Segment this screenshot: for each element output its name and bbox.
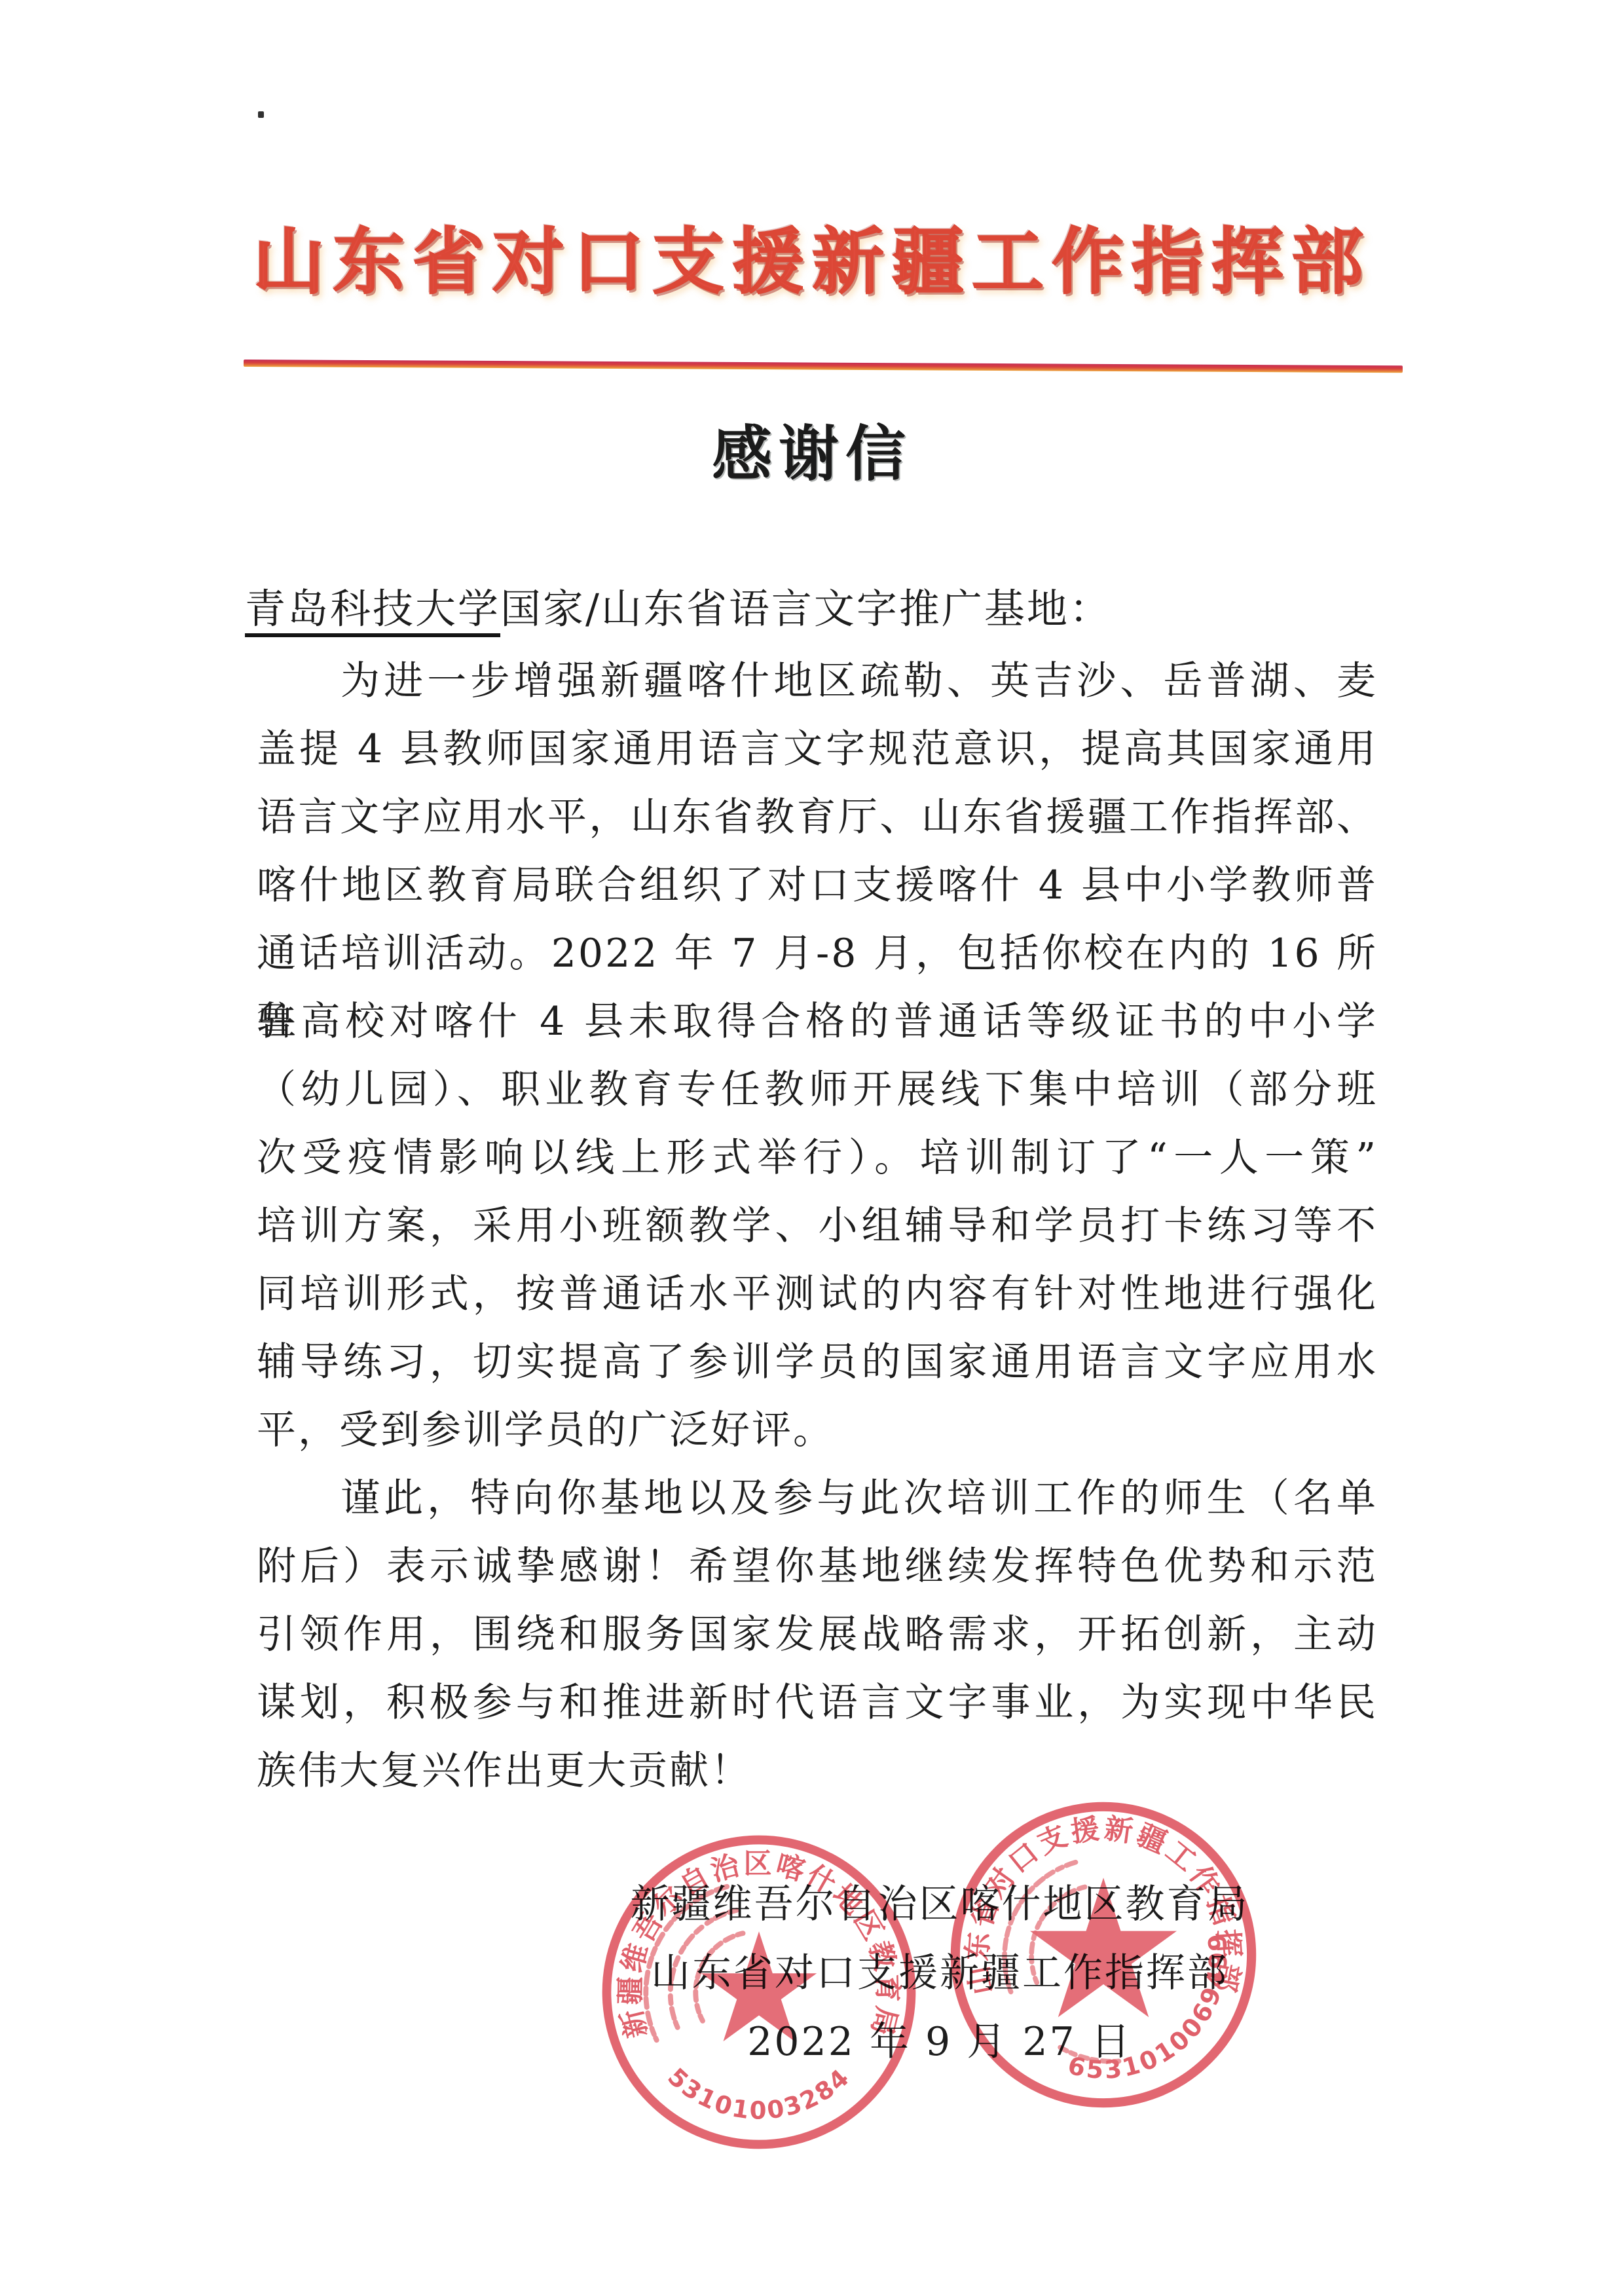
letter-page: 山东省对口支援新疆工作指挥部 感谢信 青岛科技大学国家/山东省语言文字推广基地：…: [0, 0, 1624, 2296]
letter-body: 为进一步增强新疆喀什地区疏勒、英吉沙、岳普湖、麦 盖提 4 县教师国家通用语言文…: [257, 647, 1378, 1805]
body-line: 喀什地区教育局联合组织了对口支援喀什 4 县中小学教师普: [257, 851, 1378, 919]
ink-dot-artifact: [258, 111, 264, 118]
body-line: 语言文字应用水平，山东省教育厅、山东省援疆工作指挥部、: [257, 783, 1378, 851]
document-title: 感谢信: [0, 406, 1624, 492]
salutation-recipient-underlined: 青岛科技大学: [245, 585, 500, 633]
seal-left-graphic: 新疆维吾尔自治区喀什地区教育局 6531010032841: [593, 1826, 925, 2158]
star-icon: [1030, 1878, 1177, 2017]
official-seal-left: 新疆维吾尔自治区喀什地区教育局 6531010032841: [593, 1826, 925, 2158]
body-line: 谋划，积极参与和推进新时代语言文字事业，为实现中华民: [257, 1669, 1378, 1737]
body-line: 谨此，特向你基地以及参与此次培训工作的师生（名单: [257, 1464, 1378, 1532]
body-line: 附后）表示诚挚感谢！希望你基地继续发挥特色优势和示范: [257, 1532, 1378, 1601]
salutation-line: 青岛科技大学国家/山东省语言文字推广基地：: [245, 575, 1424, 643]
salutation-rest: 国家/山东省语言文字推广基地：: [500, 585, 1112, 633]
body-line: （幼儿园）、职业教育专任教师开展线下集中培训（部分班: [257, 1056, 1378, 1124]
body-line: 辅导练习，切实提高了参训学员的国家通用语言文字应用水: [257, 1328, 1378, 1396]
body-line: 培训方案，采用小班额教学、小组辅导和学员打卡练习等不: [257, 1192, 1378, 1260]
body-line: 平，受到参训学员的广泛好评。: [257, 1396, 1378, 1464]
body-line: 为进一步增强新疆喀什地区疏勒、英吉沙、岳普湖、麦: [257, 647, 1378, 715]
body-line: 鲁高校对喀什 4 县未取得合格的普通话等级证书的中小学: [257, 988, 1378, 1056]
letterhead-divider-rule: [244, 360, 1403, 373]
body-line: 盖提 4 县教师国家通用语言文字规范意识，提高其国家通用: [257, 715, 1378, 783]
seal-right-graphic: 山东省对口支援新疆工作指挥部 6531010069499: [943, 1794, 1264, 2115]
body-line: 引领作用，围绕和服务国家发展战略需求，开拓创新，主动: [257, 1601, 1378, 1669]
official-seal-right: 山东省对口支援新疆工作指挥部 6531010069499: [943, 1794, 1264, 2115]
body-line: 次受疫情影响以线上形式举行）。培训制订了“一人一策”: [257, 1124, 1378, 1192]
letterhead-title: 山东省对口支援新疆工作指挥部: [0, 204, 1624, 308]
body-line: 通话培训活动。2022 年 7 月-8 月，包括你校在内的 16 所驻: [257, 919, 1378, 988]
body-line: 同培训形式，按普通话水平测试的内容有针对性地进行强化: [257, 1260, 1378, 1328]
